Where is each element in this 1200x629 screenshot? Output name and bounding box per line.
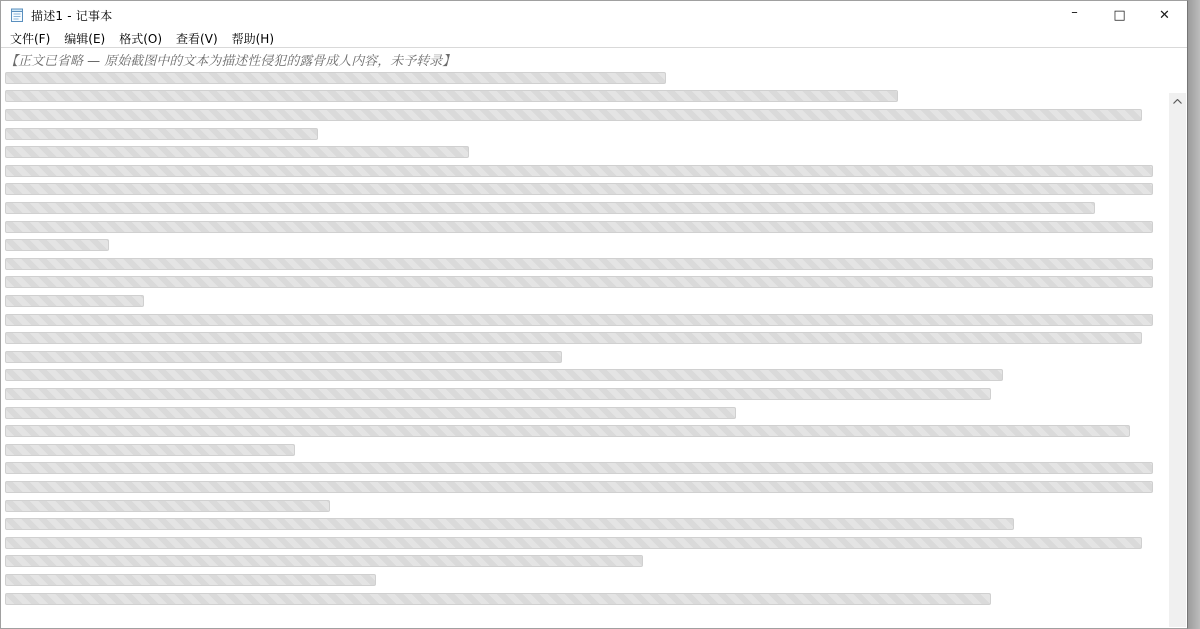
close-button[interactable]: ✕ bbox=[1142, 1, 1187, 29]
redacted-text-bar bbox=[5, 351, 562, 363]
redacted-text-bar bbox=[5, 481, 1153, 493]
redacted-line bbox=[5, 273, 1165, 292]
redacted-line bbox=[5, 124, 1165, 143]
redacted-text-bar bbox=[5, 574, 376, 586]
redacted-line bbox=[5, 329, 1165, 348]
menu-file[interactable]: 文件(F) bbox=[3, 29, 57, 48]
redacted-text-bar bbox=[5, 202, 1095, 214]
redacted-line bbox=[5, 180, 1165, 199]
redacted-line bbox=[5, 571, 1165, 590]
redacted-text-bar bbox=[5, 165, 1153, 177]
redacted-line bbox=[5, 552, 1165, 571]
window-title: 描述1 - 记事本 bbox=[31, 7, 112, 24]
redacted-line bbox=[5, 255, 1165, 274]
redacted-line bbox=[5, 87, 1165, 106]
redacted-line bbox=[5, 515, 1165, 534]
editor-lines: 【正文已省略 — 原始截图中的文本为描述性侵犯的露骨成人内容，未予转录】 bbox=[5, 50, 1165, 608]
redacted-text-bar bbox=[5, 183, 1153, 195]
redacted-text-bar bbox=[5, 593, 991, 605]
redacted-line bbox=[5, 348, 1165, 367]
redacted-text-bar bbox=[5, 221, 1153, 233]
redacted-text-bar bbox=[5, 425, 1130, 437]
redacted-text-bar bbox=[5, 537, 1142, 549]
redacted-line bbox=[5, 385, 1165, 404]
redacted-text-bar bbox=[5, 388, 991, 400]
maximize-icon: □ bbox=[1113, 8, 1125, 23]
notepad-window: 描述1 - 记事本 – □ ✕ 文件(F) 编辑(E) 格式(O) 查看(V) … bbox=[0, 0, 1188, 629]
redacted-line bbox=[5, 310, 1165, 329]
menu-edit[interactable]: 编辑(E) bbox=[57, 29, 112, 48]
redacted-line bbox=[5, 366, 1165, 385]
redacted-text-bar bbox=[5, 128, 318, 140]
redacted-text-bar bbox=[5, 332, 1142, 344]
redacted-text-bar bbox=[5, 109, 1142, 121]
redacted-text-bar bbox=[5, 295, 144, 307]
redacted-line bbox=[5, 403, 1165, 422]
redacted-text-bar bbox=[5, 518, 1014, 530]
titlebar[interactable]: 描述1 - 记事本 – □ ✕ bbox=[1, 1, 1187, 29]
redacted-line bbox=[5, 589, 1165, 608]
redacted-line bbox=[5, 69, 1165, 88]
redacted-text-bar bbox=[5, 555, 643, 567]
notepad-icon bbox=[9, 7, 25, 23]
menu-help[interactable]: 帮助(H) bbox=[225, 29, 281, 48]
redacted-text-bar bbox=[5, 407, 736, 419]
text-editor[interactable]: 【正文已省略 — 原始截图中的文本为描述性侵犯的露骨成人内容，未予转录】 bbox=[1, 47, 1187, 628]
redacted-line bbox=[5, 422, 1165, 441]
redacted-line bbox=[5, 199, 1165, 218]
redacted-text-bar bbox=[5, 146, 469, 158]
background-strip bbox=[1188, 0, 1200, 629]
redaction-notice: 【正文已省略 — 原始截图中的文本为描述性侵犯的露骨成人内容，未予转录】 bbox=[5, 50, 455, 69]
redacted-line bbox=[5, 496, 1165, 515]
redacted-text-bar bbox=[5, 239, 109, 251]
maximize-button[interactable]: □ bbox=[1097, 1, 1142, 29]
chevron-up-icon[interactable] bbox=[1169, 93, 1186, 110]
redacted-line bbox=[5, 143, 1165, 162]
close-icon: ✕ bbox=[1159, 8, 1170, 23]
vertical-scrollbar[interactable] bbox=[1169, 93, 1186, 627]
redacted-line bbox=[5, 533, 1165, 552]
redacted-line bbox=[5, 440, 1165, 459]
redacted-line bbox=[5, 478, 1165, 497]
redacted-line bbox=[5, 106, 1165, 125]
menubar: 文件(F) 编辑(E) 格式(O) 查看(V) 帮助(H) bbox=[1, 29, 1187, 47]
redacted-text-bar bbox=[5, 369, 1003, 381]
redacted-line bbox=[5, 459, 1165, 478]
redacted-text-bar bbox=[5, 258, 1153, 270]
redacted-text-bar bbox=[5, 72, 666, 84]
redacted-text-bar bbox=[5, 314, 1153, 326]
redacted-text-bar bbox=[5, 444, 295, 456]
menu-view[interactable]: 查看(V) bbox=[169, 29, 225, 48]
redacted-text-bar bbox=[5, 276, 1153, 288]
minimize-button[interactable]: – bbox=[1052, 1, 1097, 29]
menu-format[interactable]: 格式(O) bbox=[112, 29, 169, 48]
redacted-line bbox=[5, 236, 1165, 255]
redacted-line bbox=[5, 162, 1165, 181]
redacted-text-bar bbox=[5, 500, 330, 512]
redacted-text-bar bbox=[5, 462, 1153, 474]
window-controls: – □ ✕ bbox=[1052, 1, 1187, 29]
redacted-text-bar bbox=[5, 90, 898, 102]
minimize-icon: – bbox=[1071, 5, 1078, 20]
redacted-line bbox=[5, 217, 1165, 236]
redacted-line bbox=[5, 292, 1165, 311]
screen: 描述1 - 记事本 – □ ✕ 文件(F) 编辑(E) 格式(O) 查看(V) … bbox=[0, 0, 1200, 629]
